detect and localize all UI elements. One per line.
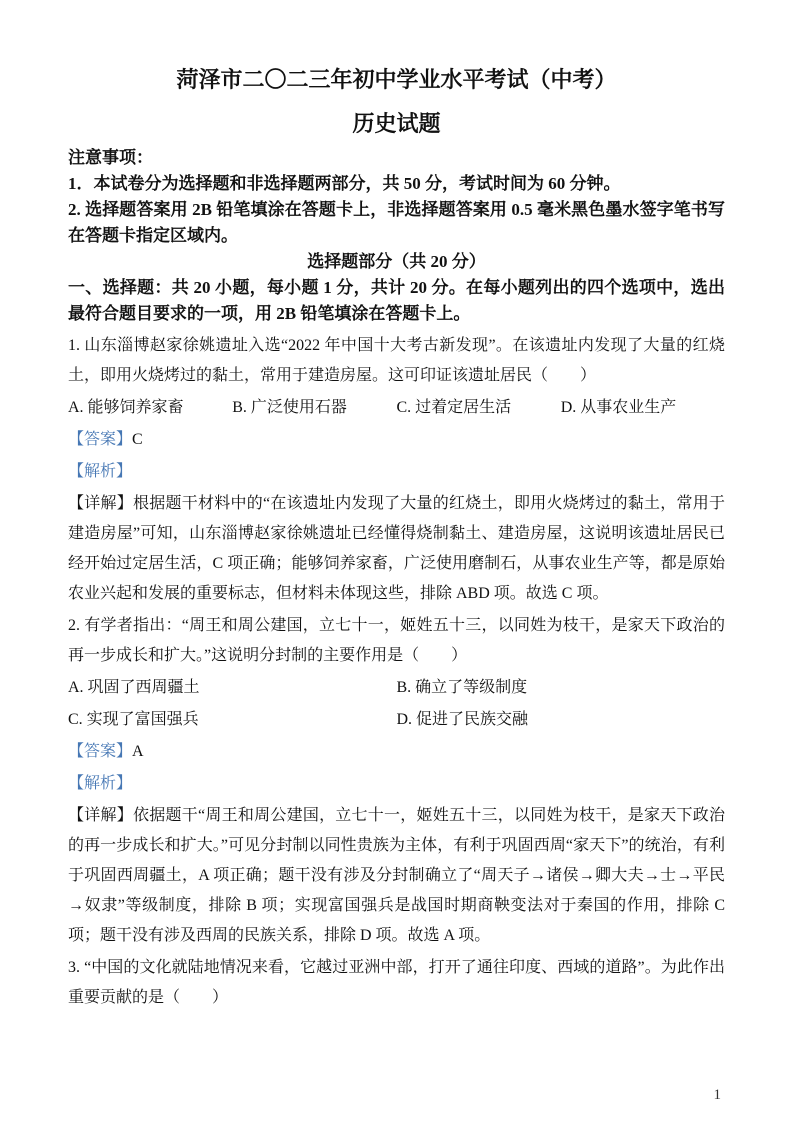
question-3: 3. “中国的文化就陆地情况来看，它越过亚洲中部，打开了通往印度、西域的道路”。…	[68, 953, 725, 1013]
answer-label: 【答案】	[68, 431, 132, 448]
question-3-stem: 3. “中国的文化就陆地情况来看，它越过亚洲中部，打开了通往印度、西域的道路”。…	[68, 953, 725, 1013]
exam-document-page: 菏泽市二〇二三年初中学业水平考试（中考） 历史试题 注意事项： 1．本试卷分为选…	[0, 0, 793, 1122]
question-2-analysis-row: 【解析】	[68, 769, 725, 799]
detail-label: 【详解】	[68, 807, 133, 824]
question-2-answer-value: A	[132, 743, 144, 760]
answer-label: 【答案】	[68, 743, 132, 760]
analysis-label: 【解析】	[68, 775, 132, 792]
question-1-option-b: B. 广泛使用石器	[232, 393, 396, 423]
analysis-label: 【解析】	[68, 463, 132, 480]
question-2-options-row-1: A. 巩固了西周疆土 B. 确立了等级制度	[68, 673, 725, 703]
question-2: 2. 有学者指出：“周王和周公建国，立七十一，姬姓五十三，以同姓为枝干，是家天下…	[68, 611, 725, 951]
notice-heading: 注意事项：	[68, 145, 725, 171]
question-1-options: A. 能够饲养家畜 B. 广泛使用石器 C. 过着定居生活 D. 从事农业生产	[68, 393, 725, 423]
question-1-answer-row: 【答案】C	[68, 425, 725, 455]
question-2-detail-text: 依据题干“周王和周公建国，立七十一，姬姓五十三，以同姓为枝干，是家天下政治的再一…	[68, 807, 725, 944]
question-1-option-d: D. 从事农业生产	[561, 393, 725, 423]
notice-item-2: 2. 选择题答案用 2B 铅笔填涂在答题卡上，非选择题答案用 0.5 毫米黑色墨…	[68, 197, 725, 249]
question-2-option-c: C. 实现了富国强兵	[68, 705, 397, 735]
question-1: 1. 山东淄博赵家徐姚遗址入选“2022 年中国十大考古新发现”。在该遗址内发现…	[68, 331, 725, 609]
detail-label: 【详解】	[68, 495, 133, 512]
question-1-answer-value: C	[132, 431, 143, 448]
notice-item-1: 1．本试卷分为选择题和非选择题两部分，共 50 分，考试时间为 60 分钟。	[68, 171, 725, 197]
section-header: 选择题部分（共 20 分）	[68, 249, 725, 275]
question-1-analysis-row: 【解析】	[68, 457, 725, 487]
question-2-options-row-2: C. 实现了富国强兵 D. 促进了民族交融	[68, 705, 725, 735]
question-1-stem: 1. 山东淄博赵家徐姚遗址入选“2022 年中国十大考古新发现”。在该遗址内发现…	[68, 331, 725, 391]
question-1-option-c: C. 过着定居生活	[397, 393, 561, 423]
question-2-stem: 2. 有学者指出：“周王和周公建国，立七十一，姬姓五十三，以同姓为枝干，是家天下…	[68, 611, 725, 671]
question-1-option-a: A. 能够饲养家畜	[68, 393, 232, 423]
question-2-answer-row: 【答案】A	[68, 737, 725, 767]
page-title: 菏泽市二〇二三年初中学业水平考试（中考）	[68, 66, 725, 94]
page-number: 1	[714, 1087, 722, 1104]
question-1-detail-text: 根据题干材料中的“在该遗址内发现了大量的红烧土，即用火烧烤过的黏土，常用于建造房…	[68, 495, 725, 602]
question-1-detail: 【详解】根据题干材料中的“在该遗址内发现了大量的红烧土，即用火烧烤过的黏土，常用…	[68, 489, 725, 609]
question-2-option-b: B. 确立了等级制度	[397, 673, 726, 703]
section-instructions: 一、选择题：共 20 小题，每小题 1 分，共计 20 分。在每小题列出的四个选…	[68, 275, 725, 327]
question-2-option-d: D. 促进了民族交融	[397, 705, 726, 735]
question-2-option-a: A. 巩固了西周疆土	[68, 673, 397, 703]
page-subtitle: 历史试题	[68, 110, 725, 138]
question-2-detail: 【详解】依据题干“周王和周公建国，立七十一，姬姓五十三，以同姓为枝干，是家天下政…	[68, 801, 725, 951]
